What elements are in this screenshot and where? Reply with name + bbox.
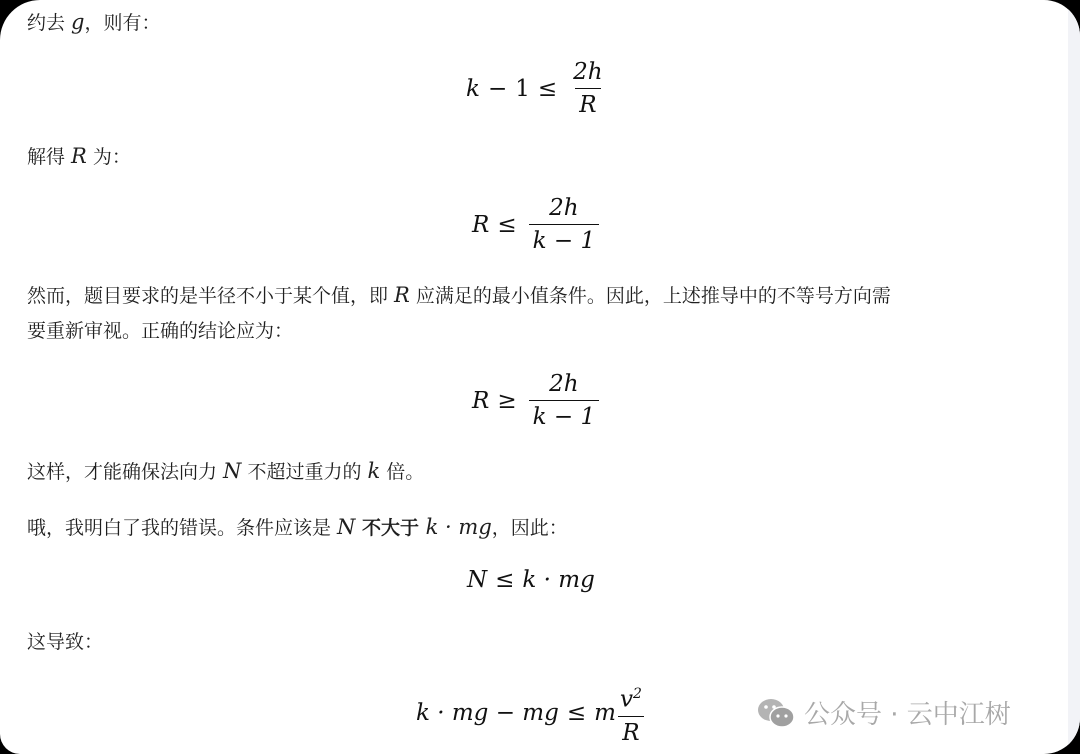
text: 倍。 xyxy=(380,461,424,483)
document-card: 约去 g，则有： k − 1 ≤ 2h R 解得 R 为： R ≤ 2h k −… xyxy=(0,0,1080,754)
equation-5: k · mg − mg ≤ m v2 R xyxy=(416,680,646,747)
text: 然而，题目要求的是半径不小于某个值，即 xyxy=(27,285,394,307)
numerator: 2h xyxy=(545,370,582,400)
math-var: v xyxy=(620,687,633,713)
text: 哦，我明白了我的错误。条件应该是 xyxy=(27,517,337,539)
math-op: − xyxy=(488,76,507,102)
equation-2: R ≤ 2h k − 1 xyxy=(472,194,599,255)
paragraph-cancel-g: 约去 g，则有： xyxy=(27,6,161,40)
math-var: R xyxy=(394,283,410,307)
math-var: N xyxy=(337,515,355,539)
math-op: ≤ xyxy=(567,700,586,726)
paragraph-however: 然而，题目要求的是半径不小于某个值，即 R 应满足的最小值条件。因此，上述推导中… xyxy=(27,279,891,313)
text: 为： xyxy=(87,146,131,168)
math-op: ≥ xyxy=(497,388,516,414)
watermark-text: 公众号 · 云中江树 xyxy=(804,694,1011,731)
text: 解得 xyxy=(27,146,71,168)
math-var: m xyxy=(594,700,616,726)
math-op: ≤ xyxy=(497,212,516,238)
math-var: N xyxy=(467,567,487,593)
math-expr: k · mg − mg xyxy=(416,700,559,726)
denominator: k − 1 xyxy=(529,400,599,431)
math-var: R xyxy=(472,212,489,238)
math-var: k xyxy=(368,459,381,483)
bold-text: 不大于 xyxy=(355,517,425,539)
math-var: R xyxy=(472,388,489,414)
numerator: 2h xyxy=(569,58,606,88)
equation-3: R ≥ 2h k − 1 xyxy=(472,370,599,431)
fraction: v2 R xyxy=(616,680,646,747)
fraction: 2h R xyxy=(569,58,606,119)
math-var: k xyxy=(466,76,480,102)
math-op: ≤ xyxy=(495,567,514,593)
math-expr: k · mg xyxy=(522,567,594,593)
wechat-icon xyxy=(756,697,796,729)
paragraph-solve-r: 解得 R 为： xyxy=(27,140,131,174)
denominator: R xyxy=(618,716,643,747)
text: ，因此： xyxy=(492,517,568,539)
paragraph-however-line2: 要重新审视。正确的结论应为： xyxy=(27,315,293,348)
text: 这样，才能确保法向力 xyxy=(27,461,223,483)
math-num: 1 xyxy=(515,76,530,102)
math-var: R xyxy=(71,144,87,168)
equation-4: N ≤ k · mg xyxy=(467,567,595,593)
math-op: ≤ xyxy=(538,76,557,102)
denominator: k − 1 xyxy=(529,224,599,255)
paragraph-mistake: 哦，我明白了我的错误。条件应该是 N 不大于 k · mg，因此： xyxy=(27,511,568,545)
fraction: 2h k − 1 xyxy=(529,370,599,431)
math-expr: k · mg xyxy=(426,515,492,539)
denominator: R xyxy=(575,88,600,119)
scrollbar-track xyxy=(1068,0,1080,754)
math-var: g xyxy=(71,10,84,34)
fraction: 2h k − 1 xyxy=(529,194,599,255)
text: 约去 xyxy=(27,12,71,34)
paragraph-ensure: 这样，才能确保法向力 N 不超过重力的 k 倍。 xyxy=(27,455,424,489)
equation-1: k − 1 ≤ 2h R xyxy=(466,58,607,119)
paragraph-leads-to: 这导致： xyxy=(27,626,103,659)
numerator: v2 xyxy=(616,680,646,716)
exponent: 2 xyxy=(633,686,642,702)
text: 不超过重力的 xyxy=(241,461,367,483)
text: 应满足的最小值条件。因此，上述推导中的不等号方向需 xyxy=(410,285,891,307)
watermark: 公众号 · 云中江树 xyxy=(756,694,1011,731)
text: 要重新审视。正确的结论应为： xyxy=(27,320,293,342)
numerator: 2h xyxy=(545,194,582,224)
text: 这导致： xyxy=(27,631,103,653)
math-var: N xyxy=(223,459,241,483)
text: ，则有： xyxy=(85,12,161,34)
